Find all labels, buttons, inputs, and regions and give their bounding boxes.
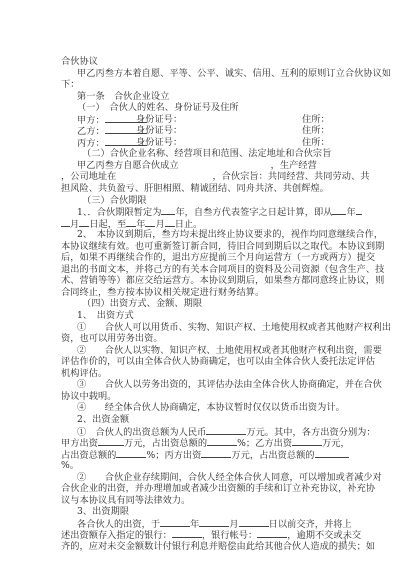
text: 年，自叁方代表签字之日起计算，即从	[175, 207, 332, 218]
body-line: ① 合伙人可以用货币、实物、知识产权、土地使用权或者其他财产权利出	[61, 322, 349, 334]
document-page: 合伙协议 甲乙丙叁方本着自愿、平等、公平、诚实、信用、互利的原则订立合伙协议如 …	[0, 0, 410, 580]
party-row-c: 丙方： 身份证号： 住所：	[61, 137, 349, 149]
text: ，合伙宗旨：共同经营、共同劳动、共	[212, 171, 369, 182]
body-line: ③ 合伙人以劳务出资的，其评估办法由全体合伙人协商确定，并在合伙	[61, 379, 349, 391]
address-label: 住所：	[302, 125, 330, 137]
blank[interactable]	[356, 206, 362, 215]
text: ，生产经营	[271, 160, 317, 171]
intro-line: 下：	[61, 79, 349, 91]
blank[interactable]	[201, 449, 231, 458]
body-line: ，公司地址在，合伙宗旨：共同经营、共同劳动、共	[61, 171, 349, 183]
text: 年	[136, 219, 145, 230]
text: 月	[70, 219, 79, 230]
body-line: 退出的书面文本，并将己方的有关本合同项目的资料及公司资源（包含生产、技	[61, 264, 349, 276]
party-row-b: 乙方： 身份证号： 住所：	[61, 125, 349, 137]
document-body: 合伙协议 甲乙丙叁方本着自愿、平等、公平、诚实、信用、互利的原则订立合伙协议如 …	[61, 56, 349, 553]
deadline-line: 述出资额存入指定的银行：，银行帐号：，逾期不交或未交	[61, 529, 349, 541]
article-heading: 第一条 合伙企业设立	[61, 91, 349, 103]
blank[interactable]	[165, 218, 175, 227]
text: 月	[229, 519, 238, 530]
body-line: ② 合伙企业存续期间，合伙人经全体合伙人同意，可以增加或者减少对	[61, 472, 349, 484]
body-line: 议与本协议具有同等法律效力。	[61, 495, 349, 507]
blank[interactable]	[126, 218, 136, 227]
body-line: 合伙企业的出资，并办理增加或者减少出资额的手续和订立补充协议，补充协	[61, 483, 349, 495]
page-number: 1	[343, 537, 347, 545]
body-line: 担风险、共负盈亏、肝胆相照、精诚团结、同舟共济、共创辉煌。	[61, 183, 349, 195]
body-line: 术、营销等等）都应交给运营方。本协议到期后，如果叁方都同意终止协议，则	[61, 275, 349, 287]
party-row-a: 甲方： 身份证号： 住所：	[61, 114, 349, 126]
body-line: 2、 本协议到期后，叁方均未提出终止协议要求的，视作均同意继续合作，	[61, 229, 349, 241]
blank[interactable]	[172, 529, 202, 538]
body-line: 甲乙丙叁方自愿合伙成立，生产经营	[61, 160, 349, 172]
amount-line: 占出资总额的%；丙方出资万元，占出资总额的	[61, 449, 349, 461]
body-line: ② 合伙人以实物、知识产权、土地使用权或者其他财产权利出资，需要	[61, 345, 349, 357]
subsection-heading: 3、出资期限	[61, 506, 349, 518]
blank[interactable]	[315, 449, 349, 458]
id-label: 身份证号：	[136, 137, 182, 149]
text: %；乙方出资	[237, 438, 292, 449]
section-heading: （二）合伙企业名称、经营项目和范围、法定地址和合伙宗旨	[61, 148, 349, 160]
blank[interactable]	[161, 206, 175, 215]
text: ① 合伙人的出资总额为人民币	[77, 427, 206, 438]
text: 占出资总额的	[61, 450, 116, 461]
blank[interactable]	[116, 449, 146, 458]
term-line: 月日起，至年月日止。	[61, 218, 349, 230]
text: 各合伙人的出资，于	[77, 519, 160, 530]
text: 年	[346, 207, 355, 218]
blank[interactable]	[239, 518, 269, 527]
section-heading: （三）合伙期限	[61, 195, 349, 207]
text: 万元，	[322, 438, 350, 449]
blank[interactable]	[145, 218, 155, 227]
party-label: 乙方：	[77, 126, 105, 137]
blank[interactable]	[79, 218, 89, 227]
text: 日以前交齐，并将上	[269, 519, 352, 530]
text: %；丙方出资	[146, 450, 201, 461]
body-line: 机构评估。	[61, 368, 349, 380]
text: ，公司地址在	[61, 171, 116, 182]
id-label: 身份证号：	[136, 114, 182, 126]
blank[interactable]	[199, 518, 229, 527]
text: 述出资额存入指定的银行：	[61, 530, 172, 541]
text: 万元，占出资总额的	[124, 438, 207, 449]
text: 甲方出资	[61, 438, 98, 449]
blank[interactable]	[292, 437, 322, 446]
section-heading: （一） 合伙人的姓名、身份证号及住所	[61, 102, 349, 114]
body-line: 本协议继续有效。也可重新签订新合同，待旧合同到期后以之取代。本协议到期	[61, 241, 349, 253]
subsection-heading: 1、 出资方式	[61, 310, 349, 322]
intro-line: 甲乙丙叁方本着自愿、平等、公平、诚实、信用、互利的原则订立合伙协议如	[61, 68, 349, 80]
body-line: 合同终止，叁方按本协议相关规定进行财务结算。	[61, 287, 349, 299]
deadline-line: 各合伙人的出资，于年月日以前交齐，并将上	[61, 518, 349, 530]
body-line: 后，如果不再继续合作的，退出方应提前三个月向运营方（一方或两方）提交	[61, 252, 349, 264]
amount-line: 甲方出资万元，占出资总额的%；乙方出资万元，	[61, 437, 349, 449]
amount-line: %。	[61, 460, 349, 472]
document-title: 合伙协议	[61, 56, 349, 68]
text: 万元。其中，各方出资分别为：	[246, 427, 375, 438]
text: 日止。	[175, 219, 203, 230]
text: 甲乙丙叁方自愿合伙成立	[77, 160, 179, 171]
text: 1、．合伙期限暂定为	[77, 207, 161, 218]
text: ，逾期不交或未交	[287, 530, 361, 541]
id-label: 身份证号：	[136, 125, 182, 137]
blank[interactable]	[61, 218, 70, 227]
blank[interactable]	[207, 437, 237, 446]
text: ，银行帐号：	[202, 530, 257, 541]
term-line: 1、．合伙期限暂定为年，自叁方代表签字之日起计算，即从年	[61, 206, 349, 218]
blank[interactable]	[98, 437, 124, 446]
party-label: 丙方：	[77, 138, 105, 149]
body-line: ④ 经全体合伙人协商确定，本协议暂时仅仅以货币出资为计。	[61, 402, 349, 414]
deadline-line: 齐的，应对未交金额数计付银行利息并赔偿由此给其他合伙人造成的损失；如	[61, 541, 349, 553]
text: 月	[155, 219, 164, 230]
amount-line: ① 合伙人的出资总额为人民币万元。其中，各方出资分别为：	[61, 426, 349, 438]
blank[interactable]	[206, 426, 246, 435]
blank[interactable]	[332, 206, 346, 215]
address-label: 住所：	[302, 114, 330, 126]
blank[interactable]	[160, 518, 190, 527]
subsection-heading: 2、出资金额	[61, 414, 349, 426]
text: 年	[190, 519, 199, 530]
section-heading: （四）出资方式、金额、期限	[61, 298, 349, 310]
blank[interactable]	[257, 529, 287, 538]
body-line: 资，也可以用劳务出资。	[61, 333, 349, 345]
body-line: 评估作价的，可以由全体合伙人协商确定，也可以由全体合伙人委托法定评估	[61, 356, 349, 368]
address-label: 住所：	[302, 137, 330, 149]
text: 日起，至	[89, 219, 126, 230]
text: 万元，占出资总额的	[231, 450, 314, 461]
party-label: 甲方：	[77, 115, 105, 126]
body-line: 协议中载明。	[61, 391, 349, 403]
